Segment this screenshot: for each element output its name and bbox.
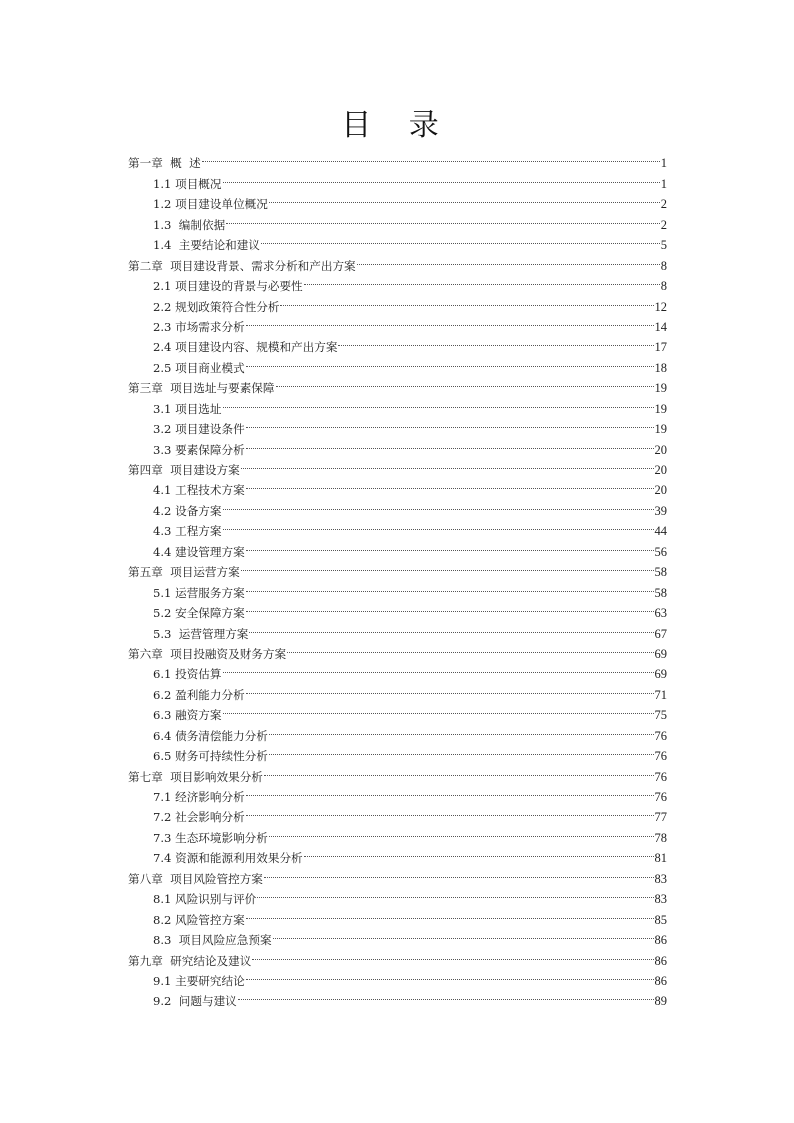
toc-page-number: 12 <box>654 297 668 317</box>
dot-leader <box>280 290 653 310</box>
toc-entry-label: 1.1 项目概况 <box>153 174 223 194</box>
dot-leader <box>246 351 654 371</box>
dot-leader <box>223 494 654 514</box>
toc-entry-label: 3.2 项目建设条件 <box>153 419 246 439</box>
toc-page-number: 39 <box>654 501 668 521</box>
toc-entry-label: 8.1 风险识别与评价 <box>153 889 257 909</box>
toc-entry-label: 第四章 项目建设方案 <box>128 460 241 480</box>
toc-page-number: 78 <box>654 828 668 848</box>
toc-page-number: 56 <box>654 542 668 562</box>
dot-leader <box>223 699 654 719</box>
toc-page-number: 69 <box>654 664 668 684</box>
dot-leader <box>269 188 660 208</box>
dot-leader <box>269 821 654 841</box>
dot-leader <box>241 556 654 576</box>
dot-leader <box>357 249 660 269</box>
dot-leader <box>304 270 660 290</box>
toc-entry-label: 第九章 研究结论及建议 <box>128 951 252 971</box>
dot-leader <box>246 903 654 923</box>
toc-page-number: 89 <box>654 991 668 1011</box>
toc-page-number: 1 <box>660 174 667 194</box>
dot-leader <box>269 740 654 760</box>
toc-entry-label: 2.3 市场需求分析 <box>153 317 246 337</box>
toc-page-number: 14 <box>654 317 668 337</box>
dot-leader <box>241 454 654 474</box>
dot-leader <box>226 208 660 228</box>
toc-page-number: 18 <box>654 358 668 378</box>
toc-page-number: 86 <box>654 971 668 991</box>
toc-entry-label: 7.1 经济影响分析 <box>153 787 246 807</box>
dot-leader <box>223 515 654 535</box>
dot-leader <box>246 965 654 985</box>
dot-leader <box>249 617 653 637</box>
toc-section-entry[interactable]: 1.1 项目概况1 <box>128 167 667 187</box>
toc-page-number: 76 <box>654 767 668 787</box>
dot-leader <box>223 658 654 678</box>
dot-leader <box>304 842 654 862</box>
dot-leader <box>246 535 654 555</box>
dot-leader <box>223 167 660 187</box>
toc-entry-label: 6.5 财务可持续性分析 <box>153 746 269 766</box>
toc-entry-label: 第一章 概 述 <box>128 153 202 173</box>
dot-leader <box>223 392 654 412</box>
toc-page-number: 20 <box>654 440 668 460</box>
dot-leader <box>238 985 654 1005</box>
table-of-contents: 第一章 概 述11.1 项目概况11.2 项目建设单位概况21.3 编制依据21… <box>128 147 667 1005</box>
toc-page-number: 86 <box>654 951 668 971</box>
toc-page-number: 8 <box>660 276 667 296</box>
toc-entry-label: 7.3 生态环境影响分析 <box>153 828 269 848</box>
toc-page-number: 17 <box>654 337 668 357</box>
toc-page-number: 5 <box>660 235 667 255</box>
toc-entry-label: 第七章 项目影响效果分析 <box>128 767 264 787</box>
dot-leader <box>269 719 654 739</box>
dot-leader <box>264 862 654 882</box>
toc-page-number: 77 <box>654 807 668 827</box>
toc-entry-label: 1.3 编制依据 <box>153 215 226 235</box>
toc-entry-label: 1.4 主要结论和建议 <box>153 235 261 255</box>
toc-entry-label: 9.1 主要研究结论 <box>153 971 246 991</box>
dot-leader <box>261 229 660 249</box>
toc-page-number: 83 <box>654 889 668 909</box>
toc-page-number: 71 <box>654 685 668 705</box>
toc-page-number: 58 <box>654 583 668 603</box>
toc-page-number: 85 <box>654 910 668 930</box>
dot-leader <box>246 597 654 617</box>
toc-entry-label: 7.2 社会影响分析 <box>153 807 246 827</box>
toc-entry-label: 6.1 投资估算 <box>153 664 223 684</box>
toc-page-number: 19 <box>654 419 668 439</box>
dot-leader <box>252 944 653 964</box>
dot-leader <box>276 372 654 392</box>
toc-entry-label: 6.4 债务清偿能力分析 <box>153 726 269 746</box>
document-page: 目 录 第一章 概 述11.1 项目概况11.2 项目建设单位概况21.3 编制… <box>0 0 794 1123</box>
dot-leader <box>338 331 653 351</box>
dot-leader <box>246 678 654 698</box>
toc-page-number: 76 <box>654 726 668 746</box>
toc-page-number: 75 <box>654 705 668 725</box>
toc-page-number: 2 <box>660 194 667 214</box>
toc-entry-label: 第五章 项目运营方案 <box>128 562 241 582</box>
dot-leader <box>257 883 653 903</box>
toc-entry-label: 6.3 融资方案 <box>153 705 223 725</box>
dot-leader <box>246 311 654 331</box>
dot-leader <box>273 924 654 944</box>
dot-leader <box>246 433 654 453</box>
toc-page-number: 19 <box>654 399 668 419</box>
toc-page-number: 44 <box>654 521 668 541</box>
toc-entry-label: 第八章 项目风险管控方案 <box>128 869 264 889</box>
toc-page-number: 63 <box>654 603 668 623</box>
toc-entry-label: 3.3 要素保障分析 <box>153 440 246 460</box>
toc-page-number: 19 <box>654 378 668 398</box>
dot-leader <box>246 474 654 494</box>
toc-page-number: 8 <box>660 256 667 276</box>
toc-entry-label: 5.3 运营管理方案 <box>153 624 249 644</box>
toc-page-number: 58 <box>654 562 668 582</box>
toc-page-number: 20 <box>654 480 668 500</box>
toc-page-number: 86 <box>654 930 668 950</box>
dot-leader <box>246 413 654 433</box>
dot-leader <box>287 638 653 658</box>
toc-title: 目 录 <box>0 106 794 146</box>
toc-entry-label: 3.1 项目选址 <box>153 399 223 419</box>
dot-leader <box>246 576 654 596</box>
toc-page-number: 81 <box>654 848 668 868</box>
toc-page-number: 20 <box>654 460 668 480</box>
dot-leader <box>246 801 654 821</box>
toc-page-number: 69 <box>654 644 668 664</box>
toc-page-number: 1 <box>660 153 667 173</box>
toc-entry-label: 4.4 建设管理方案 <box>153 542 246 562</box>
dot-leader <box>246 781 654 801</box>
toc-entry-label: 5.2 安全保障方案 <box>153 603 246 623</box>
toc-entry-label: 5.1 运营服务方案 <box>153 583 246 603</box>
dot-leader <box>264 760 654 780</box>
toc-entry-label: 4.2 设备方案 <box>153 501 223 521</box>
toc-entry-label: 2.5 项目商业模式 <box>153 358 246 378</box>
toc-page-number: 67 <box>654 624 668 644</box>
toc-page-number: 83 <box>654 869 668 889</box>
toc-page-number: 2 <box>660 215 667 235</box>
toc-entry-label: 8.2 风险管控方案 <box>153 910 246 930</box>
toc-page-number: 76 <box>654 787 668 807</box>
toc-entry-label: 4.3 工程方案 <box>153 521 223 541</box>
dot-leader <box>202 147 660 167</box>
toc-page-number: 76 <box>654 746 668 766</box>
toc-entry-label: 9.2 问题与建议 <box>153 991 238 1011</box>
toc-chapter-entry[interactable]: 第一章 概 述1 <box>128 147 667 167</box>
